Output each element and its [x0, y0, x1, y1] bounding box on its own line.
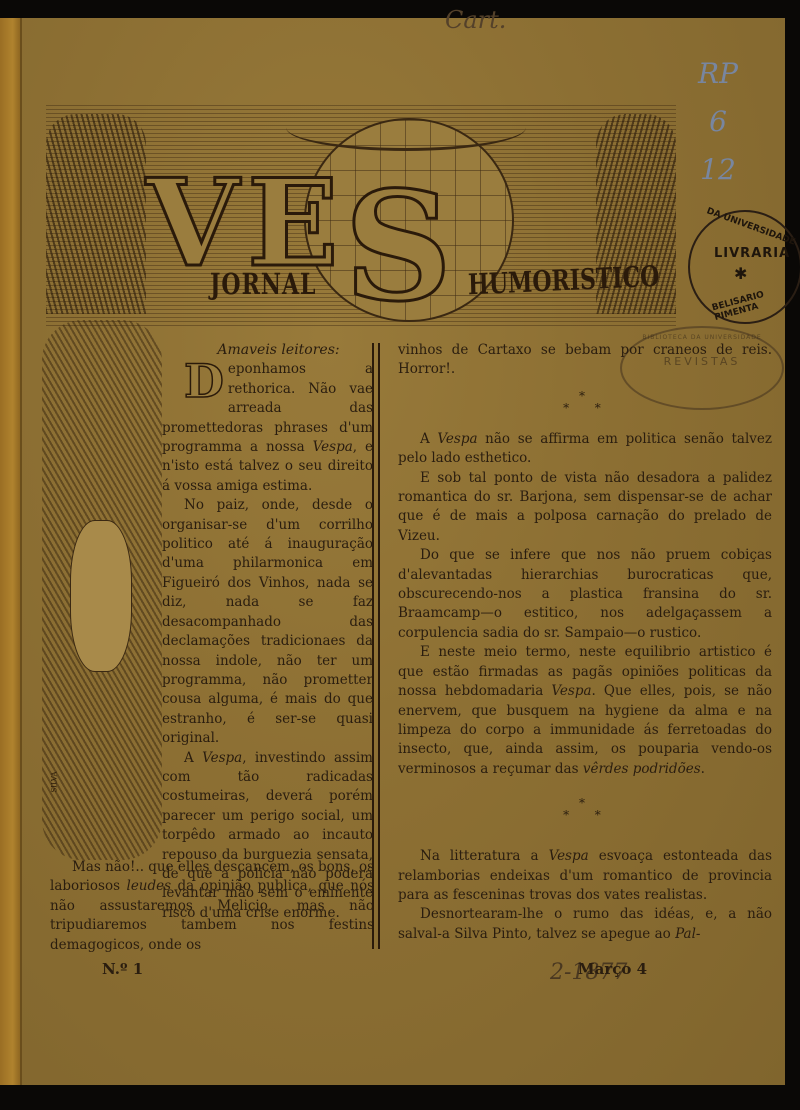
drop-cap: D	[184, 362, 224, 400]
paragraph: E sob tal ponto de vista não desadora a …	[398, 469, 772, 547]
stamp-text-middle: LIVRARIA	[714, 246, 790, 261]
masthead-subtitle-left: JORNAL	[210, 268, 317, 302]
adjacent-page-edge	[0, 18, 21, 1085]
stamp-text-bottom: BELISARIO PIMENTA	[711, 281, 800, 323]
paragraph: A Vespa não se affirma em politica senão…	[398, 430, 772, 469]
masthead-title: VE S	[146, 164, 347, 284]
shelfmark-line: 6	[698, 98, 738, 146]
asterism: ** *	[398, 390, 772, 414]
issue-date: Março 4	[578, 960, 647, 978]
masthead-title-s: S	[344, 172, 460, 322]
shelfmark-line: RP	[698, 50, 738, 98]
paragraph: No paiz, onde, desde o organisar-se d'um…	[162, 496, 373, 748]
curtain-drape	[286, 104, 526, 151]
page-gutter	[20, 18, 22, 1085]
paragraph: E neste meio termo, neste equilibrio art…	[398, 643, 772, 779]
paragraph: Mas não!.. que elles descancem, os bons,…	[50, 858, 374, 955]
star-icon: ✱	[734, 264, 747, 283]
paragraph: Do que se infere que nos não pruem cobiç…	[398, 546, 772, 643]
shelfmark: RP 6 12	[698, 50, 738, 194]
artist-signature: SILVA	[51, 771, 59, 792]
left-column-continued: Mas não!.. que elles descancem, os bons,…	[50, 858, 374, 955]
stamp-oval-top: BIBLIOTECA DA UNIVERSIDADE	[622, 334, 782, 341]
paragraph: Desnortearam-lhe o rumo das idéas, e, a …	[398, 905, 772, 944]
handwritten-note: Cart.	[445, 6, 506, 34]
right-column: vinhos de Cartaxo se bebam por craneos d…	[398, 341, 772, 944]
paragraph: vinhos de Cartaxo se bebam por craneos d…	[398, 341, 772, 380]
paragraph: Na litteratura a Vespa esvoaça estontead…	[398, 847, 772, 905]
female-figure-illustration	[70, 520, 132, 672]
paragraph: Deponhamos a rethorica. Não vae arreada …	[162, 360, 373, 496]
library-stamp-round: DA UNIVERSIDADE LIVRARIA ✱ BELISARIO PIM…	[688, 210, 800, 324]
left-column: Amaveis leitores: Deponhamos a rethorica…	[162, 341, 373, 923]
asterism: ** *	[398, 797, 772, 821]
caricature-figures-left	[46, 114, 146, 314]
shelfmark-line: 12	[698, 146, 738, 194]
issue-number: N.º 1	[102, 960, 143, 978]
column-divider	[372, 343, 380, 949]
